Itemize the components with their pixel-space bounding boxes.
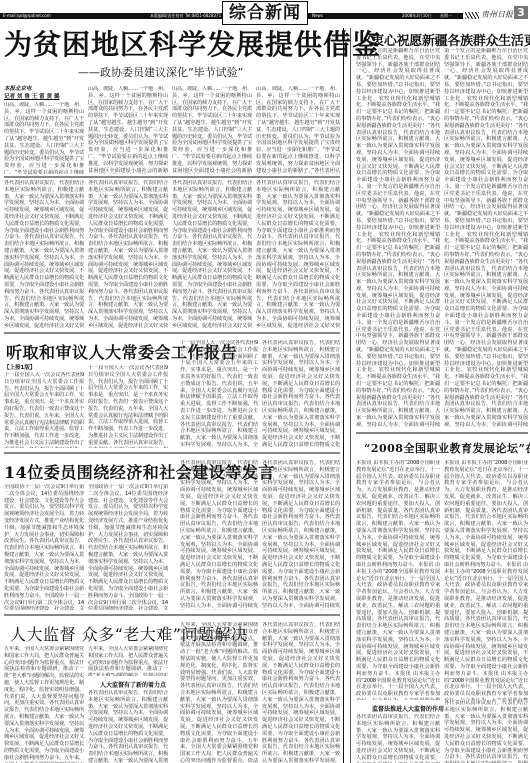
lead-cont-col-1: 各代表团认真审议报告，代表们结合本地区实际畅所欲言，积极建言献策，大家一致认为要…: [4, 180, 84, 328]
lead-body-col-3: 山高、坡陡、人稠……一个地、州、县、乡，这样一个贫困的喀斯特山区，在国家的倾力支…: [172, 86, 252, 174]
forum-headline: “2008全国职业教育发展论坛”在本报举行: [364, 440, 530, 456]
lead-body-col-4: 山高、坡陡、人稠……一个地、州、县、乡，这样一个贫困的喀斯特山区，在国家的倾力支…: [256, 86, 340, 174]
supervision-body-col-3: 五年来，全国人大常委会紧紧围绕党和国家工作大局，把人民群众普遍关心的突出问题作为…: [180, 622, 258, 763]
report-body-col-2: 十一届全国人大一次会议各代表团9日分组审议全国人大常委会工作报告。代表们认为，报…: [88, 365, 168, 448]
hatch-decoration: [465, 12, 479, 19]
supervision-body-col-1: 五年来，全国人大常委会紧紧围绕党和国家工作大局，把人民群众普遍关心的突出问题作为…: [4, 646, 84, 763]
masthead: E-mail:rpd@rpdnet.com 本版编辑/责任校对 Tel:0851…: [0, 0, 530, 26]
report-body-col-3: 十一届全国人大一次会议各代表团9日分组审议全国人大常委会工作报告。代表们认为，报…: [180, 340, 258, 448]
paper-name-logo: 贵州日报: [481, 9, 513, 20]
lead-body-col-1: 山高、坡陡、人稠……一个地、州、县、乡，这样一个贫困的喀斯特山区，在国家的倾力支…: [4, 102, 84, 174]
right-bottom-col-1: 各代表团认真审议报告，代表们结合本地区实际畅所欲言，积极建言献策，大家一致认为要…: [356, 714, 440, 763]
lead-body-col-2: 山高、坡陡、人稠……一个地、州、县、乡，这样一个贫困的喀斯特山区，在国家的倾力支…: [88, 86, 168, 174]
column-divider: [343, 28, 344, 763]
committee-body-col-1: 全国政协十一届一次会议9日举行第二次全体会议，14位委员围绕经济建设、社会建设、…: [4, 484, 84, 610]
forum-body-col-2: 本报讯 由本报主办的“2008全国职业教育发展论坛”近日在北京举行。十一届全国人…: [444, 460, 528, 700]
committee-body-col-3: 各代表团认真审议报告，代表们结合本地区实际畅所欲言，积极建言献策，大家一致认为要…: [180, 460, 258, 610]
lead-cont-col-4: 各代表团认真审议报告，代表们结合本地区实际畅所欲言，积极建言献策，大家一致认为要…: [256, 180, 340, 328]
issue-weekday: 星期一: [440, 13, 452, 19]
committee-body-col-2: 全国政协十一届一次会议9日举行第二次全体会议，14位委员围绕经济建设、社会建设、…: [88, 484, 168, 610]
supervision-body-col-2: 五年来，全国人大常委会紧紧围绕党和国家工作大局，把人民群众普遍关心的突出问题作为…: [88, 646, 168, 676]
issue-date: 2008年3月10日: [402, 13, 432, 19]
xinjiang-headline: “衷心祝愿新疆各族群众生活更美好!”: [364, 30, 530, 49]
lead-headline: 为贫困地区科学发展提供借鉴: [4, 28, 336, 62]
section-rule: [4, 176, 340, 178]
section-english: News: [312, 13, 323, 19]
masthead-phone: Tel:0851-6828371: [185, 13, 221, 19]
supervision-subhead-2: 监督法推进人大监督的作用: [372, 704, 444, 713]
supervision-subhead: 人大监督有了新的着力点: [100, 680, 166, 689]
lead-reporters: 记者 刘 鲁 王 雷 黄 璐: [4, 94, 60, 101]
page-number: 3: [514, 6, 528, 19]
lead-cont-col-3: 各代表团认真审议报告，代表们结合本地区实际畅所欲言，积极建言献策，大家一致认为要…: [172, 180, 252, 328]
section-rule: [356, 432, 528, 434]
section-rule: [4, 332, 340, 334]
forum-body-col-1: 本报讯 由本报主办的“2008全国职业教育发展论坛”近日在北京举行。十一届全国人…: [356, 460, 440, 700]
supervision-body-col-2b: 各代表团认真审议报告，代表们结合本地区实际畅所欲言，积极建言献策，大家一致认为要…: [88, 690, 168, 763]
xinjiang-body-col-1: 第一个发言的是新疆维吾尔自治区党委书记王乐泉代表。他说，在党中央坚强领导下，新疆…: [356, 48, 440, 428]
right-bottom-col-2: 各代表团认真审议报告，代表们结合本地区实际畅所欲言，积极建言献策，大家一致认为要…: [444, 700, 528, 763]
section-title: 综合新闻: [222, 1, 308, 25]
column-divider-inner: [350, 28, 351, 763]
report-dateline: 【上接1版】: [4, 365, 35, 372]
report-body-col-1: 十一届全国人大一次会议各代表团9日分组审议全国人大常委会工作报告。代表们认为，报…: [4, 372, 84, 448]
committee-body-col-4: 各代表团认真审议报告，代表们结合本地区实际畅所欲言，积极建言献策，大家一致认为要…: [262, 460, 340, 610]
lead-subheadline: ——政协委员建议深化“毕节试验”: [78, 64, 243, 80]
lead-byline-label: 本报北京电: [4, 86, 32, 93]
masthead-email: E-mail:rpd@rpdnet.com: [3, 13, 51, 19]
section-rule: [4, 452, 340, 454]
report-body-col-4: 各代表团认真审议报告，代表们结合本地区实际畅所欲言，积极建言献策，大家一致认为要…: [262, 340, 340, 448]
xinjiang-body-col-2: 第一个发言的是新疆维吾尔自治区党委书记王乐泉代表。他说，在党中央坚强领导下，新疆…: [444, 48, 528, 428]
supervision-body-col-4: 各代表团认真审议报告，代表们结合本地区实际畅所欲言，积极建言献策，大家一致认为要…: [262, 622, 340, 763]
section-rule: [4, 614, 340, 616]
lead-cont-col-2: 各代表团认真审议报告，代表们结合本地区实际畅所欲言，积极建言献策，大家一致认为要…: [88, 180, 168, 328]
masthead-editor: 本版编辑/责任校对: [150, 13, 183, 19]
